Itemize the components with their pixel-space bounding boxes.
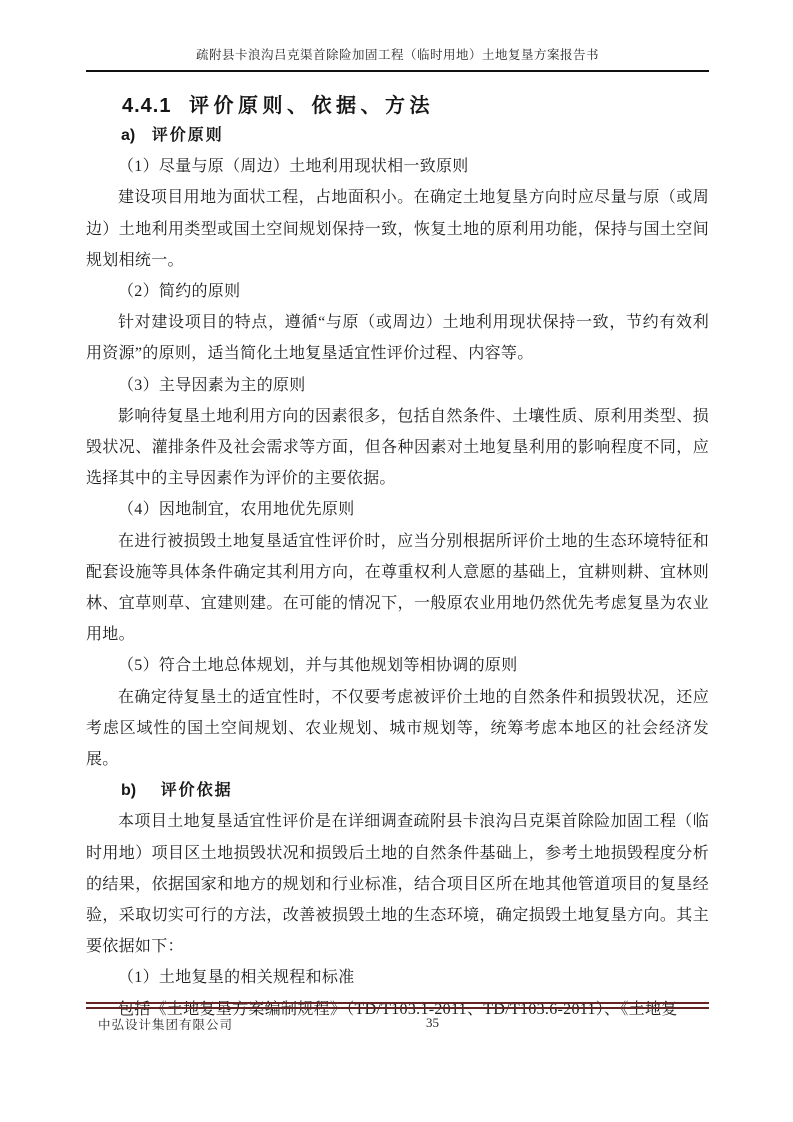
subsection-heading-a: a) 评价原则 <box>86 120 709 151</box>
header-title: 疏附县卡浪沟吕克渠首除险加固工程（临时用地）土地复垦方案报告书 <box>196 48 599 62</box>
subsection-title: 评价原则 <box>152 127 224 144</box>
list-item-heading: （1）土地复垦的相关规程和标准 <box>86 962 709 993</box>
paragraph: 针对建设项目的特点，遵循“与原（或周边）土地利用现状保持一致，节约有效利用资源”… <box>86 307 709 369</box>
paragraph: 在进行被损毁土地复垦适宜性评价时，应当分别根据所评价土地的生态环境特征和配套设施… <box>86 526 709 651</box>
footer-row: 中弘设计集团有限公司 35 <box>86 1009 709 1033</box>
page-header: 疏附县卡浪沟吕克渠首除险加固工程（临时用地）土地复垦方案报告书 <box>86 0 709 72</box>
list-item-heading: （1）尽量与原（周边）土地利用现状相一致原则 <box>86 151 709 182</box>
footer-divider <box>86 1002 709 1009</box>
list-item-heading: （4）因地制宜，农用地优先原则 <box>86 494 709 525</box>
paragraph: 建设项目用地为面状工程，占地面积小。在确定土地复垦方向时应尽量与原（或周边）土地… <box>86 182 709 276</box>
list-item-heading: （2）简约的原则 <box>86 276 709 307</box>
subsection-prefix: b) <box>121 782 136 799</box>
paragraph: 影响待复垦土地利用方向的因素很多，包括自然条件、土壤性质、原利用类型、损毁状况、… <box>86 401 709 495</box>
subsection-prefix: a) <box>121 127 135 144</box>
page-number: 35 <box>426 1015 439 1031</box>
paragraph: 在确定待复垦土的适宜性时，不仅要考虑被评价土地的自然条件和损毁状况，还应考虑区域… <box>86 682 709 776</box>
section-heading: 4.4.1 评价原则、依据、方法 <box>122 93 709 120</box>
section-number: 4.4.1 <box>122 95 171 117</box>
section-title: 评价原则、依据、方法 <box>189 95 434 117</box>
document-body: 4.4.1 评价原则、依据、方法 a) 评价原则 （1）尽量与原（周边）土地利用… <box>86 93 709 1025</box>
page-footer: 中弘设计集团有限公司 35 <box>86 1002 709 1033</box>
document-page: 疏附县卡浪沟吕克渠首除险加固工程（临时用地）土地复垦方案报告书 4.4.1 评价… <box>0 0 793 1122</box>
subsection-heading-b: b) 评价依据 <box>86 775 709 806</box>
list-item-heading: （3）主导因素为主的原则 <box>86 370 709 401</box>
subsection-title: 评价依据 <box>161 782 233 799</box>
footer-company-name: 中弘设计集团有限公司 <box>86 1018 233 1032</box>
paragraph: 本项目土地复垦适宜性评价是在详细调查疏附县卡浪沟吕克渠首除险加固工程（临时用地）… <box>86 806 709 962</box>
list-item-heading: （5）符合土地总体规划，并与其他规划等相协调的原则 <box>86 650 709 681</box>
